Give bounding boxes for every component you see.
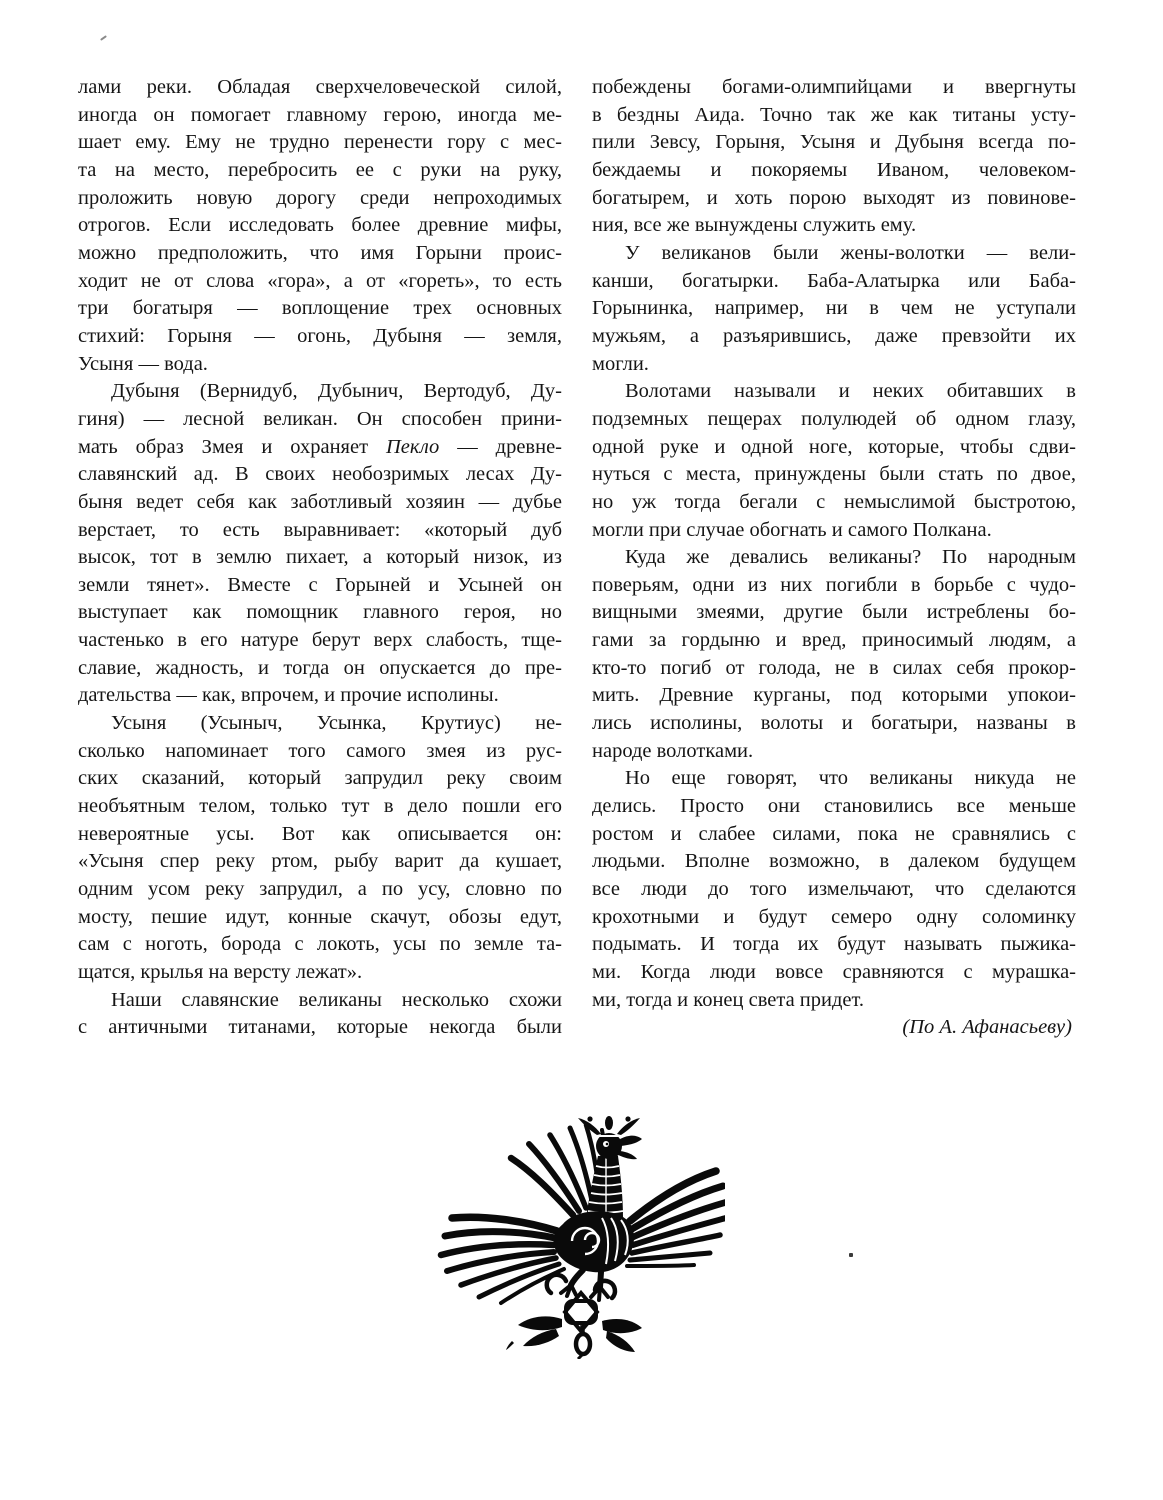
line-text: одним усом реку запрудил, а по усу, слов…: [78, 878, 562, 900]
line-text: мать образ Змея и охраняет: [78, 436, 386, 458]
line-text: выступает как помощник главного героя, н…: [78, 601, 562, 623]
line-text: У великанов были жены-волотки — вели-: [625, 242, 1076, 264]
text-line: невероятные усы. Вот как описывается он:: [78, 821, 562, 849]
text-line: канши, богатырки. Баба-Алатырка или Баба…: [592, 268, 1076, 296]
text-line: мать образ Змея и охраняет Пекло — древн…: [78, 434, 562, 462]
line-text: — древне-: [439, 436, 562, 458]
line-text: Усыня — вода.: [78, 353, 208, 375]
line-text: народе волотками.: [592, 740, 753, 762]
text-line: стихий: Горыня — огонь, Дубыня — земля,: [78, 323, 562, 351]
text-line: пили Зевсу, Горыня, Усыня и Дубыня всегд…: [592, 129, 1076, 157]
line-text: щатся, крылья на версту лежат».: [78, 961, 362, 983]
text-line: беждаемы и покоряемы Иваном, человеком-: [592, 157, 1076, 185]
line-text: с античными титанами, которые некогда бы…: [78, 1016, 562, 1038]
text-line: Дубыня (Вернидуб, Дубынич, Вертодуб, Ду-: [78, 378, 562, 406]
line-text: мосту, пешие идут, конные скачут, обозы …: [78, 906, 562, 928]
line-text: богатырем, и хоть порою выходят из повин…: [592, 187, 1076, 209]
text-line: иногда он помогает главному герою, иногд…: [78, 102, 562, 130]
line-text: три богатыря — воплощение трех основных: [78, 297, 562, 319]
line-text: побеждены богами-олимпийцами и ввергнуты: [592, 76, 1076, 98]
text-line: быня ведет себя как заботливый хозяин — …: [78, 489, 562, 517]
line-text: все люди до того измельчают, что сделают…: [592, 878, 1076, 900]
text-line: мосту, пешие идут, конные скачут, обозы …: [78, 904, 562, 932]
line-text: сколько напоминает того самого змея из р…: [78, 740, 562, 762]
text-line: ростом и слабее силами, пока не сравняли…: [592, 821, 1076, 849]
text-line: Волотами называли и неких обитавших в: [592, 378, 1076, 406]
line-text: Но еще говорят, что великаны никуда не: [625, 767, 1076, 789]
line-text: ростом и слабее силами, пока не сравняли…: [592, 823, 1076, 845]
line-text: канши, богатырки. Баба-Алатырка или Баба…: [592, 270, 1076, 292]
text-line: Горынинка, например, ни в чем не уступал…: [592, 295, 1076, 323]
line-text: крохотными и будут семеро одну соломинку: [592, 906, 1076, 928]
text-line: нуться с места, принуждены были стать по…: [592, 461, 1076, 489]
line-text: Дубыня (Вернидуб, Дубынич, Вертодуб, Ду-: [111, 380, 562, 402]
text-line: «Усыня спер реку ртом, рыбу варит да куш…: [78, 848, 562, 876]
line-text: в бездны Аида. Точно так же как титаны у…: [592, 104, 1076, 126]
text-line: Но еще говорят, что великаны никуда не: [592, 765, 1076, 793]
book-page: лами реки. Обладая сверхчеловеческой сил…: [0, 0, 1163, 1500]
text-line: та на место, перебросить ее с руки на ру…: [78, 157, 562, 185]
text-line: можно предположить, что имя Горыни проис…: [78, 240, 562, 268]
text-line: могли при случае обогнать и самого Полка…: [592, 517, 1076, 545]
line-text: но уж тогда бегали с немыслимой быстрото…: [592, 491, 1076, 513]
line-text: нуться с места, принуждены были стать по…: [592, 463, 1076, 485]
line-text: кто-то погиб от голода, не в силах себя …: [592, 657, 1076, 679]
text-line: поверьям, одни из них погибли в борьбе с…: [592, 572, 1076, 600]
line-text: вищными змеями, другие были истреблены б…: [592, 601, 1076, 623]
text-line: людьми. Вполне возможно, в далеком будущ…: [592, 848, 1076, 876]
line-text: дательства — как, впрочем, и прочие испо…: [78, 684, 499, 706]
line-text: «Усыня спер реку ртом, рыбу варит да куш…: [78, 850, 562, 872]
line-text: частенько в его натуре берут верх слабос…: [78, 629, 562, 651]
text-line: народе волотками.: [592, 738, 1076, 766]
line-text: подымать. И тогда их будут называть пыжи…: [592, 933, 1076, 955]
line-text: ми. Когда люди вовсе сравняются с мурашк…: [592, 961, 1076, 983]
line-text: ских сказаний, который запрудил реку сво…: [78, 767, 562, 789]
line-text: проложить новую дорогу среди непроходимы…: [78, 187, 562, 209]
text-column-right: побеждены богами-олимпийцами и ввергнуты…: [592, 74, 1076, 1014]
line-text: ходит не от слова «гора», а от «гореть»,…: [78, 270, 562, 292]
text-line: земли тянет». Вместе с Горыней и Усыней …: [78, 572, 562, 600]
text-line: щатся, крылья на версту лежат».: [78, 959, 562, 987]
text-line: с античными титанами, которые некогда бы…: [78, 1014, 562, 1042]
line-text: сам с ноготь, борода с локоть, усы по зе…: [78, 933, 562, 955]
line-text: могли при случае обогнать и самого Полка…: [592, 519, 992, 541]
text-line: делись. Просто они становились все меньш…: [592, 793, 1076, 821]
line-text: быня ведет себя как заботливый хозяин — …: [78, 491, 562, 513]
text-line: побеждены богами-олимпийцами и ввергнуты: [592, 74, 1076, 102]
line-text: невероятные усы. Вот как описывается он:: [78, 823, 562, 845]
text-line: славянский ад. В своих необозримых лесах…: [78, 461, 562, 489]
line-text: мить. Древние курганы, под которыми упок…: [592, 684, 1076, 706]
line-text: Горынинка, например, ни в чем не уступал…: [592, 297, 1076, 319]
text-line: сколько напоминает того самого змея из р…: [78, 738, 562, 766]
line-text: верстает, то есть выравнивает: «который …: [78, 519, 562, 541]
text-line: ми. Когда люди вовсе сравняются с мурашк…: [592, 959, 1076, 987]
text-line: высок, тот в землю пихает, а который низ…: [78, 544, 562, 572]
attribution-line: (По А. Афанасьеву): [592, 1014, 1072, 1042]
line-text: можно предположить, что имя Горыни проис…: [78, 242, 562, 264]
text-line: Усыня (Усыныч, Усынка, Крутиус) не-: [78, 710, 562, 738]
text-line: богатырем, и хоть порою выходят из повин…: [592, 185, 1076, 213]
text-line: гами за гордыню и вред, приносимый людям…: [592, 627, 1076, 655]
italic-word: Пекло: [386, 436, 439, 458]
line-text: лись исполины, волоты и богатыри, назван…: [592, 712, 1076, 734]
text-line: Куда же девались великаны? По народным: [592, 544, 1076, 572]
line-text: шает ему. Ему не трудно перенести гору с…: [78, 131, 562, 153]
line-text: Куда же девались великаны? По народным: [625, 546, 1076, 568]
firebird-woodcut-ornament: [425, 1114, 725, 1359]
text-line: кто-то погиб от голода, не в силах себя …: [592, 655, 1076, 683]
line-text: земли тянет». Вместе с Горыней и Усыней …: [78, 574, 562, 596]
line-text: лами реки. Обладая сверхчеловеческой сил…: [78, 76, 562, 98]
text-line: Наши славянские великаны несколько схожи: [78, 987, 562, 1015]
text-line: все люди до того измельчают, что сделают…: [592, 876, 1076, 904]
line-text: людьми. Вполне возможно, в далеком будущ…: [592, 850, 1076, 872]
line-text: гиня) — лесной великан. Он способен прин…: [78, 408, 562, 430]
text-line: ходит не от слова «гора», а от «гореть»,…: [78, 268, 562, 296]
text-line: ми, тогда и конец света придет.: [592, 987, 1076, 1015]
line-text: гами за гордыню и вред, приносимый людям…: [592, 629, 1076, 651]
text-line: могли.: [592, 351, 1076, 379]
text-line: в бездны Аида. Точно так же как титаны у…: [592, 102, 1076, 130]
text-line: выступает как помощник главного героя, н…: [78, 599, 562, 627]
line-text: ния, все же вынуждены служить ему.: [592, 214, 916, 236]
text-line: проложить новую дорогу среди непроходимы…: [78, 185, 562, 213]
text-line: верстает, то есть выравнивает: «который …: [78, 517, 562, 545]
text-line: одной руке и одной ноге, которые, чтобы …: [592, 434, 1076, 462]
line-text: отрогов. Если исследовать более древние …: [78, 214, 562, 236]
text-line: одним усом реку запрудил, а по усу, слов…: [78, 876, 562, 904]
text-line: крохотными и будут семеро одну соломинку: [592, 904, 1076, 932]
line-text: славие, жадность, и тогда он опускается …: [78, 657, 562, 679]
line-text: делись. Просто они становились все меньш…: [592, 795, 1076, 817]
text-line: подземных пещерах полулюдей об одном гла…: [592, 406, 1076, 434]
print-speck-right: [849, 1253, 853, 1257]
line-text: одной руке и одной ноге, которые, чтобы …: [592, 436, 1076, 458]
line-text: иногда он помогает главному герою, иногд…: [78, 104, 562, 126]
print-speck-top-left: [100, 35, 107, 41]
text-line: ния, все же вынуждены служить ему.: [592, 212, 1076, 240]
text-line: лись исполины, волоты и богатыри, назван…: [592, 710, 1076, 738]
text-line: ских сказаний, который запрудил реку сво…: [78, 765, 562, 793]
text-line: лами реки. Обладая сверхчеловеческой сил…: [78, 74, 562, 102]
line-text: могли.: [592, 353, 649, 375]
text-line: вищными змеями, другие были истреблены б…: [592, 599, 1076, 627]
line-text: ми, тогда и конец света придет.: [592, 989, 864, 1011]
text-line: частенько в его натуре берут верх слабос…: [78, 627, 562, 655]
line-text: Наши славянские великаны несколько схожи: [111, 989, 562, 1011]
line-text: пили Зевсу, Горыня, Усыня и Дубыня всегд…: [592, 131, 1076, 153]
text-line: необъятным телом, только тут в дело пошл…: [78, 793, 562, 821]
text-line: мить. Древние курганы, под которыми упок…: [592, 682, 1076, 710]
text-line: мужьям, а разъярившись, даже превзойти и…: [592, 323, 1076, 351]
line-text: та на место, перебросить ее с руки на ру…: [78, 159, 562, 181]
text-line: шает ему. Ему не трудно перенести гору с…: [78, 129, 562, 157]
line-text: Волотами называли и неких обитавших в: [625, 380, 1076, 402]
text-line: сам с ноготь, борода с локоть, усы по зе…: [78, 931, 562, 959]
line-text: беждаемы и покоряемы Иваном, человеком-: [592, 159, 1076, 181]
line-text: Усыня (Усыныч, Усынка, Крутиус) не-: [111, 712, 562, 734]
line-text: поверьям, одни из них погибли в борьбе с…: [592, 574, 1076, 596]
text-line: гиня) — лесной великан. Он способен прин…: [78, 406, 562, 434]
text-line: славие, жадность, и тогда он опускается …: [78, 655, 562, 683]
text-line: У великанов были жены-волотки — вели-: [592, 240, 1076, 268]
text-line: три богатыря — воплощение трех основных: [78, 295, 562, 323]
line-text: стихий: Горыня — огонь, Дубыня — земля,: [78, 325, 562, 347]
line-text: высок, тот в землю пихает, а который низ…: [78, 546, 562, 568]
text-line: дательства — как, впрочем, и прочие испо…: [78, 682, 562, 710]
text-line: но уж тогда бегали с немыслимой быстрото…: [592, 489, 1076, 517]
text-line: отрогов. Если исследовать более древние …: [78, 212, 562, 240]
line-text: славянский ад. В своих необозримых лесах…: [78, 463, 562, 485]
text-line: Усыня — вода.: [78, 351, 562, 379]
line-text: необъятным телом, только тут в дело пошл…: [78, 795, 562, 817]
text-line: подымать. И тогда их будут называть пыжи…: [592, 931, 1076, 959]
text-column-left: лами реки. Обладая сверхчеловеческой сил…: [78, 74, 562, 1042]
line-text: подземных пещерах полулюдей об одном гла…: [592, 408, 1076, 430]
line-text: мужьям, а разъярившись, даже превзойти и…: [592, 325, 1076, 347]
